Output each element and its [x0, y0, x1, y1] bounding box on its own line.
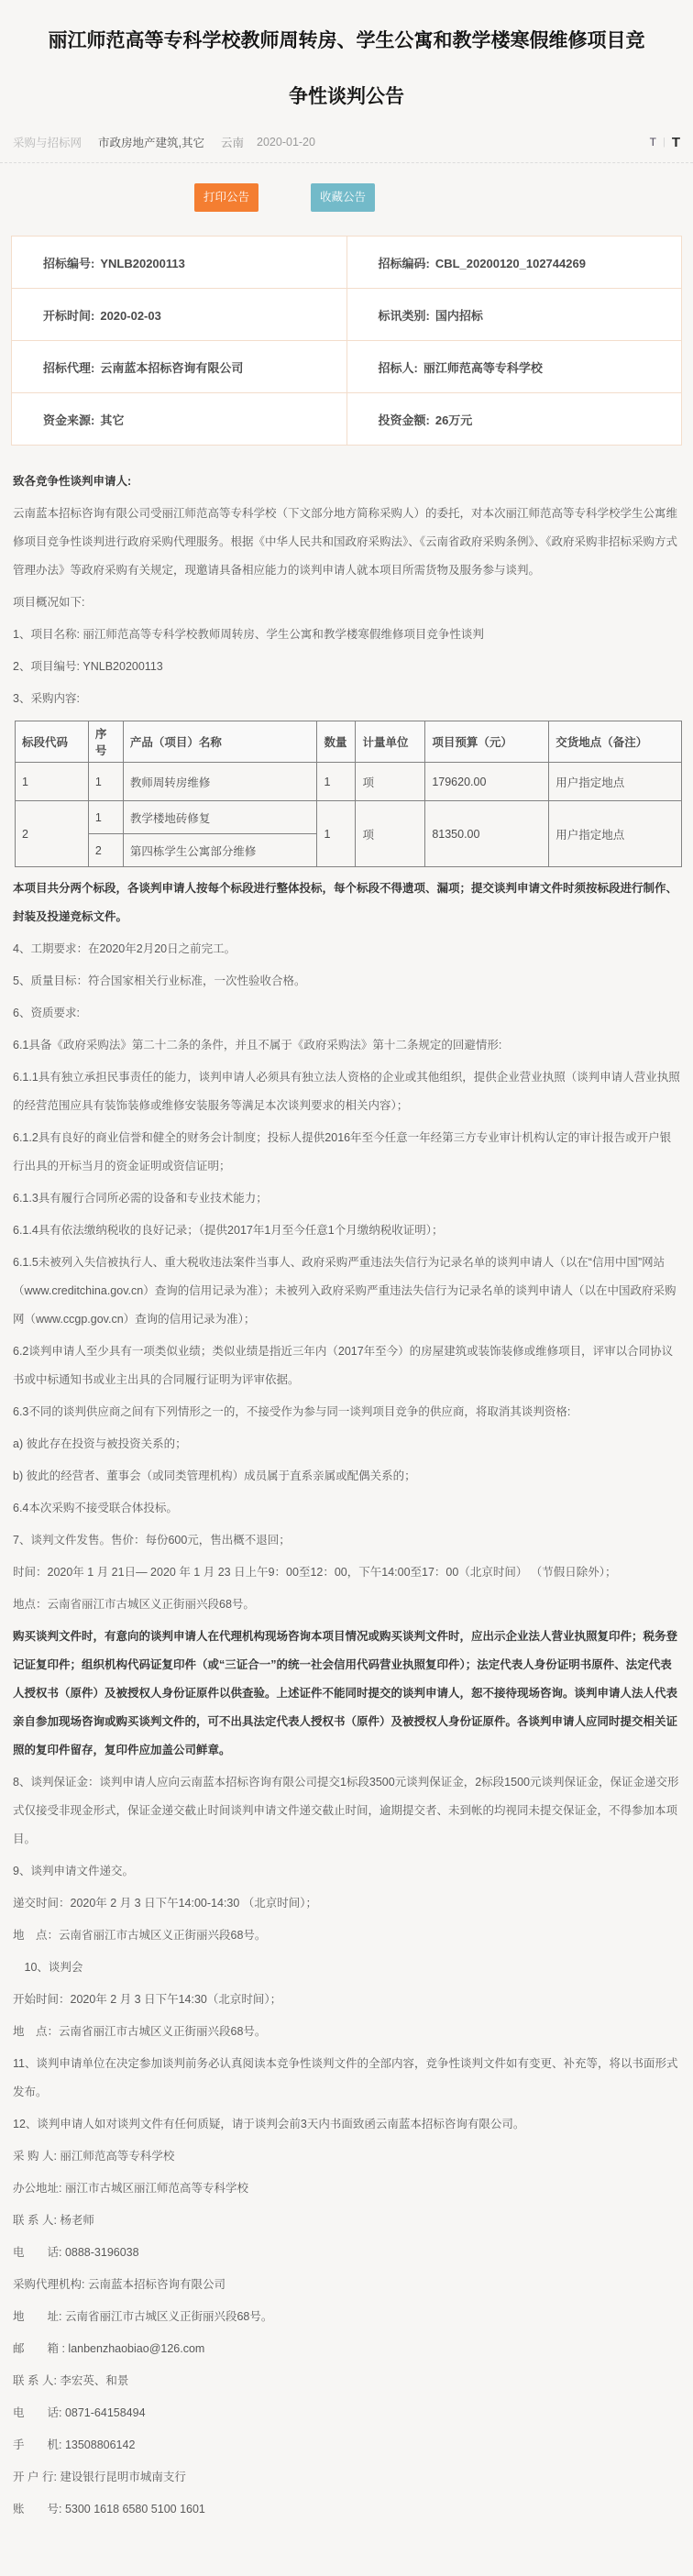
column-header: 交货地点（备注） [549, 721, 682, 763]
document-purchase-requirements-paragraph: 购买谈判文件时，有意向的谈判申请人在代理机构现场咨询本项目情况或购买谈判文件时，… [13, 1621, 680, 1767]
field-label: 资金来源: [43, 413, 94, 427]
announcement-body: 致各竞争性谈判申请人: 云南蓝本招标咨询有限公司受丽江师范高等专科学校（下文部分… [0, 446, 693, 2526]
paragraph: 12、谈判申请人如对谈判文件有任何质疑，请于谈判会前3天内书面致函云南蓝本招标咨… [13, 2108, 680, 2141]
page-title: 丽江师范高等专科学校教师周转房、学生公寓和教学楼寒假维修项目竞争性谈判公告 [0, 0, 693, 125]
column-header: 标段代码 [16, 721, 89, 763]
paragraph: 6.3不同的谈判供应商之间有下列情形之一的，不接受作为参与同一谈判项目竞争的供应… [13, 1396, 680, 1428]
purchaser-line: 采 购 人: 丽江师范高等专科学校 [13, 2141, 680, 2173]
email-line: 邮 箱 : lanbenzhaobiao@126.com [13, 2333, 680, 2365]
agency-line: 采购代理机构: 云南蓝本招标咨询有限公司 [13, 2269, 680, 2301]
item-place: 用户指定地点 [549, 763, 682, 801]
item-budget: 81350.00 [425, 801, 549, 867]
field-value: 云南蓝本招标咨询有限公司 [100, 361, 243, 375]
field-label: 开标时间: [43, 309, 94, 323]
item-seq: 2 [88, 834, 123, 867]
overview-heading: 项目概况如下: [13, 587, 680, 619]
paragraph: 时间：2020年 1 月 21日— 2020 年 1 月 23 日上午9：00至… [13, 1557, 680, 1589]
tenderee-cell: 招标人:丽江师范高等专科学校 [346, 341, 682, 393]
paragraph: 6.2谈判申请人至少具有一项类似业绩；类似业绩是指近三年内（2017年至今）的房… [13, 1336, 680, 1396]
item-name: 教师周转房维修 [123, 763, 317, 801]
print-announcement-button[interactable]: 打印公告 [194, 183, 258, 212]
field-value: YNLB20200113 [100, 257, 185, 270]
table-row: 2 1 教学楼地砖修复 1 项 81350.00 用户指定地点 [16, 801, 682, 834]
field-value: 其它 [100, 413, 124, 427]
field-value: CBL_20200120_102744269 [435, 257, 586, 270]
field-value: 2020-02-03 [100, 309, 161, 323]
fund-source-cell: 资金来源:其它 [12, 393, 347, 446]
project-name-line: 1、项目名称: 丽江师范高等专科学校教师周转房、学生公寓和教学楼寒假维修项目竞争… [13, 619, 680, 651]
field-label: 招标编号: [43, 257, 94, 270]
paragraph: 地 点：云南省丽江市古城区义正街丽兴段68号。 [13, 2016, 680, 2048]
item-name: 第四栋学生公寓部分维修 [123, 834, 317, 867]
lot-code: 2 [16, 801, 89, 867]
paragraph: 6.1具备《政府采购法》第二十二条的条件，并且不属于《政府采购法》第十二条规定的… [13, 1029, 680, 1062]
project-number-line: 2、项目编号: YNLB20200113 [13, 651, 680, 683]
publish-date: 2020-01-20 [257, 136, 315, 149]
meta-bar: 采购与招标网 市政房地产建筑,其它 云南 2020-01-20 T | T [0, 125, 693, 163]
agency-phone-line: 电 话: 0871-64158494 [13, 2397, 680, 2429]
favorite-announcement-button[interactable]: 收藏公告 [311, 183, 375, 212]
lot-code: 1 [16, 763, 89, 801]
paragraph: 开始时间：2020年 2 月 3 日下午14:30（北京时间）； [13, 1984, 680, 2016]
category-label: 市政房地产建筑,其它 [98, 134, 204, 150]
paragraph: 6.4本次采购不接受联合体投标。 [13, 1492, 680, 1525]
field-value: 国内招标 [435, 309, 483, 323]
column-header: 项目预算（元） [425, 721, 549, 763]
table-row: 招标代理:云南蓝本招标咨询有限公司 招标人:丽江师范高等专科学校 [12, 341, 682, 393]
field-label: 招标编码: [379, 257, 430, 270]
office-address-line: 办公地址: 丽江市古城区丽江师范高等专科学校 [13, 2173, 680, 2205]
column-header: 序号 [88, 721, 123, 763]
font-large-button[interactable]: T [672, 135, 680, 150]
table-row: 开标时间:2020-02-03 标讯类别:国内招标 [12, 289, 682, 341]
paragraph: 8、谈判保证金：谈判申请人应向云南蓝本招标咨询有限公司提交1标段3500元谈判保… [13, 1767, 680, 1855]
open-date-cell: 开标时间:2020-02-03 [12, 289, 347, 341]
item-name: 教学楼地砖修复 [123, 801, 317, 834]
item-unit: 项 [356, 763, 425, 801]
table-row: 招标编号:YNLB20200113 招标编码:CBL_20200120_1027… [12, 237, 682, 289]
item-place: 用户指定地点 [549, 801, 682, 867]
paragraph: 6.1.1具有独立承担民事责任的能力，谈判申请人必须具有独立法人资格的企业或其他… [13, 1062, 680, 1122]
table-header-row: 标段代码 序号 产品（项目）名称 数量 计量单位 项目预算（元） 交货地点（备注… [16, 721, 682, 763]
font-size-toggle: T | T [650, 135, 680, 150]
item-seq: 1 [88, 801, 123, 834]
item-seq: 1 [88, 763, 123, 801]
field-value: 丽江师范高等专科学校 [423, 361, 543, 375]
agency-contact-line: 联 系 人: 李宏英、和景 [13, 2365, 680, 2397]
paragraph: 11、谈判申请单位在决定参加谈判前务必认真阅读本竞争性谈判文件的全部内容，竞争性… [13, 2048, 680, 2108]
item-budget: 179620.00 [425, 763, 549, 801]
phone-line: 电 话: 0888-3196038 [13, 2237, 680, 2269]
announcement-page: 丽江师范高等专科学校教师周转房、学生公寓和教学楼寒假维修项目竞争性谈判公告 采购… [0, 0, 693, 2576]
tender-summary-table: 招标编号:YNLB20200113 招标编码:CBL_20200120_1027… [11, 236, 682, 446]
field-label: 标讯类别: [379, 309, 430, 323]
bank-line: 开 户 行: 建设银行昆明市城南支行 [13, 2461, 680, 2493]
paragraph: 地点：云南省丽江市古城区义正街丽兴段68号。 [13, 1589, 680, 1621]
paragraph: a) 彼此存在投资与被投资关系的； [13, 1428, 680, 1460]
region-label: 云南 [221, 134, 244, 150]
lot-instruction-paragraph: 本项目共分两个标段，各谈判申请人按每个标段进行整体投标，每个标段不得遗项、漏项；… [13, 873, 680, 933]
paragraph: 6.1.4具有依法缴纳税收的良好记录；（提供2017年1月至今任意1个月缴纳税收… [13, 1215, 680, 1247]
mobile-line: 手 机: 13508806142 [13, 2429, 680, 2461]
paragraph: 6、资质要求: [13, 997, 680, 1029]
agency-address-line: 地 址: 云南省丽江市古城区义正街丽兴段68号。 [13, 2301, 680, 2333]
action-bar: 打印公告 收藏公告 [0, 163, 693, 226]
paragraph: b) 彼此的经营者、董事会（或同类管理机构）成员属于直系亲属或配偶关系的； [13, 1460, 680, 1492]
column-header: 产品（项目）名称 [123, 721, 317, 763]
column-header: 计量单位 [356, 721, 425, 763]
paragraph: 递交时间：2020年 2 月 3 日下午14:00-14:30 （北京时间）； [13, 1888, 680, 1920]
intro-paragraph: 云南蓝本招标咨询有限公司受丽江师范高等专科学校（下文部分地方简称采购人）的委托，… [13, 498, 680, 587]
field-value: 26万元 [435, 413, 472, 427]
paragraph: 6.1.3具有履行合同所必需的设备和专业技术能力； [13, 1183, 680, 1215]
tender-number-cell: 招标编号:YNLB20200113 [12, 237, 347, 289]
font-toggle-divider: | [663, 137, 665, 148]
table-row: 1 1 教师周转房维修 1 项 179620.00 用户指定地点 [16, 763, 682, 801]
field-label: 招标代理: [43, 361, 94, 375]
paragraph: 10、谈判会 [13, 1952, 680, 1984]
account-line: 账 号: 5300 1618 6580 5100 1601 [13, 2493, 680, 2526]
table-row: 资金来源:其它 投资金额:26万元 [12, 393, 682, 446]
font-small-button[interactable]: T [650, 136, 656, 149]
tender-code-cell: 招标编码:CBL_20200120_102744269 [346, 237, 682, 289]
tender-type-cell: 标讯类别:国内招标 [346, 289, 682, 341]
source-site-label: 采购与招标网 [13, 134, 82, 150]
item-qty: 1 [317, 801, 356, 867]
paragraph: 6.1.2具有良好的商业信誉和健全的财务会计制度；投标人提供2016年至今任意一… [13, 1122, 680, 1183]
item-qty: 1 [317, 763, 356, 801]
paragraph: 地 点：云南省丽江市古城区义正街丽兴段68号。 [13, 1920, 680, 1952]
salutation: 致各竞争性谈判申请人: [13, 466, 680, 498]
contact-person-line: 联 系 人: 杨老师 [13, 2205, 680, 2237]
item-unit: 项 [356, 801, 425, 867]
paragraph: 4、工期要求：在2020年2月20日之前完工。 [13, 933, 680, 965]
field-label: 招标人: [379, 361, 418, 375]
paragraph: 7、谈判文件发售。售价：每份600元，售出概不退回； [13, 1525, 680, 1557]
paragraph: 5、质量目标：符合国家相关行业标准，一次性验收合格。 [13, 965, 680, 997]
agency-cell: 招标代理:云南蓝本招标咨询有限公司 [12, 341, 347, 393]
purchase-items-table: 标段代码 序号 产品（项目）名称 数量 计量单位 项目预算（元） 交货地点（备注… [15, 721, 682, 867]
purchase-content-heading: 3、采购内容: [13, 683, 680, 715]
field-label: 投资金额: [379, 413, 430, 427]
column-header: 数量 [317, 721, 356, 763]
investment-cell: 投资金额:26万元 [346, 393, 682, 446]
paragraph: 6.1.5未被列入失信被执行人、重大税收违法案件当事人、政府采购严重违法失信行为… [13, 1247, 680, 1336]
paragraph: 9、谈判申请文件递交。 [13, 1855, 680, 1888]
